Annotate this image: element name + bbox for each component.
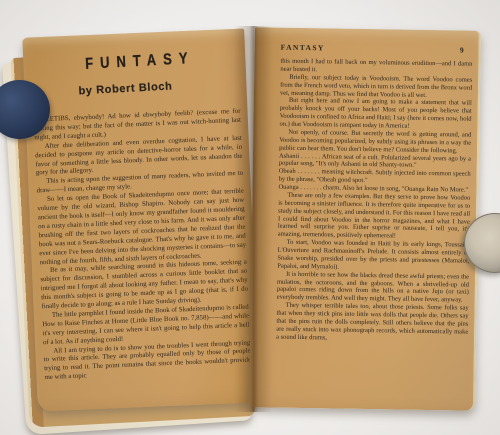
article-title: FUNTASY <box>31 46 241 76</box>
paragraph: They whisper terrible tales too, about t… <box>276 302 469 344</box>
running-header: FANTASY 9 <box>255 27 479 55</box>
paragraph: It is horrible to see how the blacks dre… <box>277 270 469 305</box>
paragraph: Not openly, of course. But secretly the … <box>279 129 471 156</box>
right-page-body: this month I had to fall back on my volu… <box>276 58 472 344</box>
paragraph: To start, Voodoo was founded in Haiti by… <box>277 239 469 274</box>
right-page: FANTASY 9 this month I had to fall back … <box>249 27 481 411</box>
paragraph: So let us open the Book of Skadeitendupm… <box>37 188 247 268</box>
article-byline: by Robert Bloch <box>78 77 241 98</box>
left-page: FUNTASY by Robert Bloch GREETIBS, ebwybo… <box>22 29 259 412</box>
photo-open-fanzine-spread: FUNTASY by Robert Bloch GREETIBS, ebwybo… <box>0 0 500 435</box>
paragraph: These are only a few examples. But they … <box>278 192 471 242</box>
paragraph: But right here and now I am going to mak… <box>279 97 471 132</box>
page-number: 9 <box>460 45 464 54</box>
left-page-body: GREETIBS, ebwybody! Ad how id ebwyboby f… <box>34 107 252 384</box>
left-page-content: FUNTASY by Robert Bloch GREETIBS, ebwybo… <box>22 29 258 384</box>
running-header-title: FANTASY <box>281 43 325 53</box>
paragraph: Briefly, our subject today is Voodooism.… <box>280 73 472 100</box>
